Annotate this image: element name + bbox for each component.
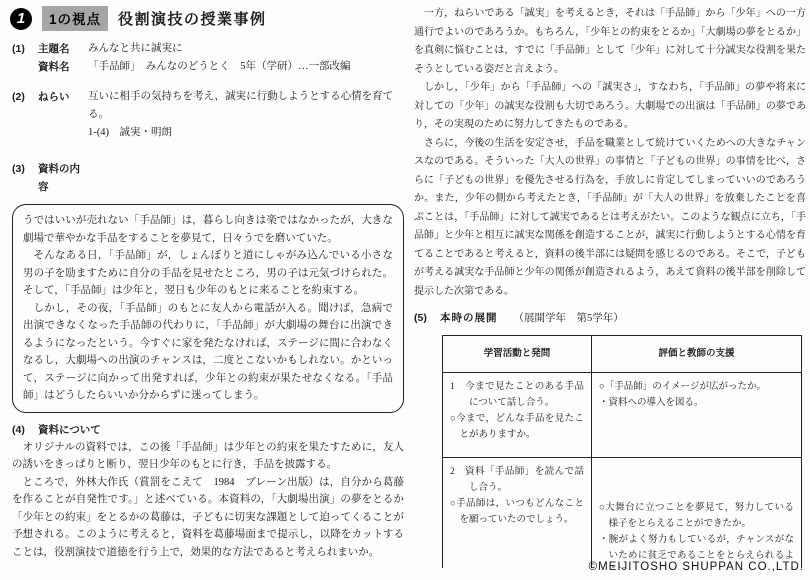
body-paragraph: さらに，今後の生活を安定させ，手品を職業として続けていくためへの大きなチャンスな… — [414, 135, 806, 302]
content-label: 資料の内容 — [38, 160, 88, 196]
section-1-number: (1) — [12, 40, 38, 58]
section-3-heading: (3) 資料の内容 — [12, 160, 404, 196]
aim-text: 互いに相手の気持ちを考え，誠実に行動しようとする心情を育てる。 — [88, 88, 404, 124]
section-5-heading: (5) 本時の展開 （展開学年 第5学年） — [414, 309, 806, 328]
viewpoint-label: 1の視点 — [42, 6, 108, 31]
story-paragraph: しかし，その夜，「手品師」のもとに友人から電話が入る。聞けば，急病で出演できなく… — [23, 300, 393, 405]
body-paragraph: 一方，ねらいである「誠実」を考えるとき，それは「手品師」から「少年」への一方通行… — [414, 5, 806, 79]
section-4-number: (4) — [12, 421, 38, 439]
lesson-plan-label: 本時の展開 — [440, 309, 498, 327]
publisher-copyright: ©MEIJITOSHO SHUPPAN CO.,LTD. — [589, 561, 804, 573]
circled-1-badge: 1 — [10, 8, 32, 30]
material-text: 「手品師」 みんなのどうとく 5年（学研）…一部改編 — [88, 58, 404, 76]
grade-note: （展開学年 第5学年） — [514, 310, 624, 328]
section-1-theme: (1) 主題名 みんなと共に誠実に — [12, 40, 404, 58]
activities-cell: 2 資料「手品師」を読んで話し合う。 ○手品師は，いつもどんなことを願っていたの… — [443, 458, 592, 568]
aim-value-code: 1-(4) 誠実・明朗 — [12, 124, 404, 142]
activities-cell: 1 今まで見たことのある手品について話し合う。 ○今まで，どんな手品を見たことが… — [443, 373, 592, 457]
table-row: 2 資料「手品師」を読んで話し合う。 ○手品師は，いつもどんなことを願っていたの… — [443, 457, 801, 568]
table-header-row: 学習活動と発問 評価と教師の支援 — [443, 336, 801, 372]
body-paragraph: しかし，「少年」から「手品師」への「誠実さ」，すなわち，「手品師」の夢や将来に対… — [414, 79, 806, 135]
question-item: ○手品師は，いつもどんなことを願っていたのでしょう。 — [450, 496, 584, 528]
title-bar: 1 1の視点 役割演技の授業事例 — [10, 6, 267, 31]
section-3-number: (3) — [12, 160, 38, 196]
left-column: (1) 主題名 みんなと共に誠実に 資料名 「手品師」 みんなのどうとく 5年（… — [12, 40, 404, 561]
discussion-body: 一方，ねらいである「誠実」を考えるとき，それは「手品師」から「少年」への一方通行… — [414, 5, 806, 301]
question-item: ○今まで，どんな手品を見たことがありますか。 — [450, 411, 584, 443]
about-material-label: 資料について — [38, 421, 101, 439]
body-paragraph: オリジナルの資料では，この後「手品師」は少年との約束を果たすために，友人の誘いを… — [12, 439, 404, 474]
evaluation-cell: ○「手品師」のイメージが広がったか。 ・資料への導入を図る。 — [592, 373, 801, 457]
evaluation-cell: ○大舞台に立つことを夢見て，努力している様子をとらえることができたか。 ・腕がよ… — [592, 458, 801, 568]
lesson-plan-table: 学習活動と発問 評価と教師の支援 1 今まで見たことのある手品について話し合う。… — [442, 335, 802, 568]
support-item: ・資料への導入を図る。 — [599, 395, 794, 411]
column-header-activities: 学習活動と発問 — [443, 336, 592, 372]
section-2-aim: (2) ねらい 互いに相手の気持ちを考え，誠実に行動しようとする心情を育てる。 — [12, 88, 404, 124]
activity-item: 2 資料「手品師」を読んで話し合う。 — [450, 464, 584, 496]
section-2-number: (2) — [12, 88, 38, 124]
page-title: 役割演技の授業事例 — [118, 8, 267, 29]
document-page: 1 1の視点 役割演技の授業事例 (1) 主題名 みんなと共に誠実に 資料名 「… — [0, 0, 810, 580]
story-box: うではいいが売れない「手品師」は，暮らし向きは楽ではなかったが，大きな劇場で華や… — [12, 204, 404, 413]
theme-text: みんなと共に誠実に — [88, 40, 404, 58]
about-material-body: オリジナルの資料では，この後「手品師」は少年との約束を果たすために，友人の誘いを… — [12, 439, 404, 562]
section-5-number: (5) — [414, 309, 440, 327]
story-paragraph: そんなある日，「手品師」が，しょんぼりと道にしゃがみ込んでいる小さな男の子を励ま… — [23, 247, 393, 300]
story-paragraph: うではいいが売れない「手品師」は，暮らし向きは楽ではなかったが，大きな劇場で華や… — [23, 212, 393, 247]
right-column: 一方，ねらいである「誠実」を考えるとき，それは「手品師」から「少年」への一方通行… — [414, 5, 806, 568]
activity-item: 1 今まで見たことのある手品について話し合う。 — [450, 379, 584, 411]
section-4-heading: (4) 資料について — [12, 421, 404, 439]
section-1-material: 資料名 「手品師」 みんなのどうとく 5年（学研）…一部改編 — [12, 58, 404, 76]
theme-label: 主題名 — [38, 40, 88, 58]
column-header-evaluation: 評価と教師の支援 — [592, 336, 801, 372]
evaluation-item: ○「手品師」のイメージが広がったか。 — [599, 379, 794, 395]
material-label: 資料名 — [38, 58, 88, 76]
body-paragraph: ところで，外林大作氏（賞罰をこえて 1984 ブレーン出版）は，自分から葛藤を作… — [12, 474, 404, 562]
evaluation-item: ○大舞台に立つことを夢見て，努力している様子をとらえることができたか。 — [599, 500, 794, 532]
aim-label: ねらい — [38, 88, 88, 124]
table-row: 1 今まで見たことのある手品について話し合う。 ○今まで，どんな手品を見たことが… — [443, 372, 801, 457]
